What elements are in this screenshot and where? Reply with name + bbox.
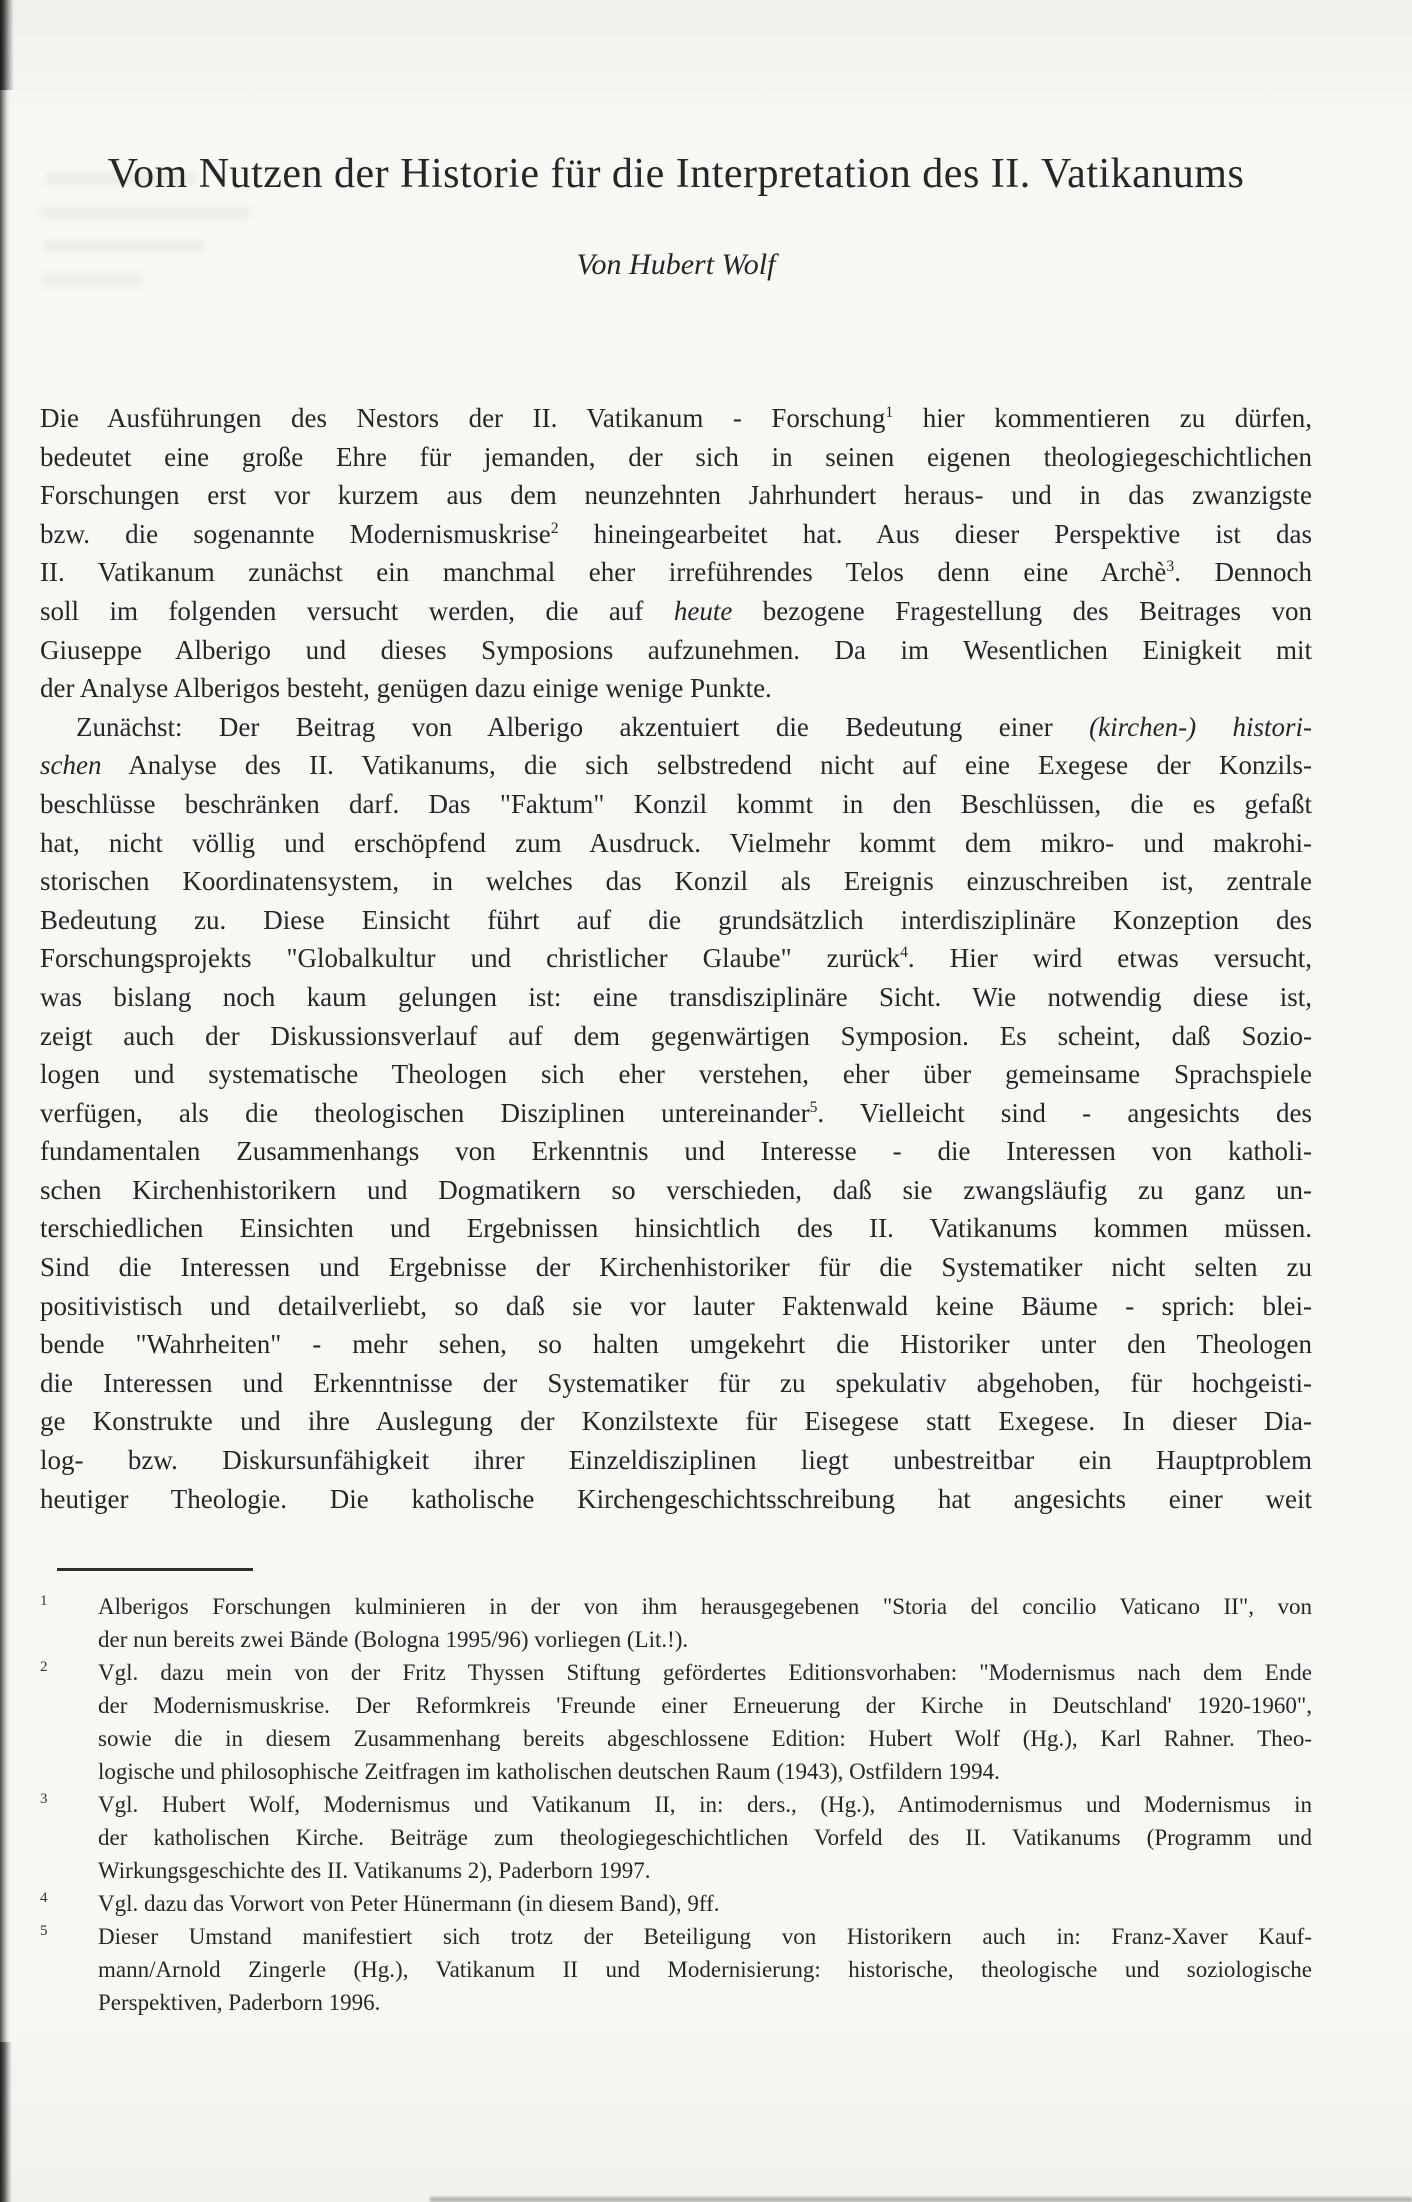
footnote-separator [57, 1568, 253, 1571]
body-text-line: der Analyse Alberigos besteht, genügen d… [40, 669, 1312, 708]
footnote-text: Vgl. dazu mein von der Fritz Thyssen Sti… [98, 1656, 1312, 1788]
body-text-line: terschiedlichen Einsichten und Ergebniss… [40, 1209, 1312, 1248]
article-title: Vom Nutzen der Historie für die Interpre… [40, 150, 1312, 198]
footnote-text-line: Vgl. Hubert Wolf, Modernismus und Vatika… [98, 1788, 1312, 1821]
footnote-text-line: Alberigos Forschungen kulminieren in der… [98, 1590, 1312, 1623]
body-text-line: heutiger Theologie. Die katholische Kirc… [40, 1480, 1312, 1519]
body-text-line: schen Analyse des II. Vatikanums, die si… [40, 746, 1312, 785]
paragraph: Die Ausführungen des Nestors der II. Vat… [40, 399, 1312, 708]
footnote-text-line: logische und philosophische Zeitfragen i… [98, 1755, 1312, 1788]
footnote: 1Alberigos Forschungen kulminieren in de… [40, 1590, 1312, 1656]
footnote-text-line: Vgl. dazu mein von der Fritz Thyssen Sti… [98, 1656, 1312, 1689]
body-text-line: Giuseppe Alberigo und dieses Symposions … [40, 631, 1312, 670]
body-text-line: zeigt auch der Diskussionsverlauf auf de… [40, 1017, 1312, 1056]
body-text-line: hat, nicht völlig und erschöpfend zum Au… [40, 824, 1312, 863]
footnote-reference-marker: 4 [900, 944, 908, 961]
body-text-line: Forschungsprojekts "Globalkultur und chr… [40, 939, 1312, 978]
body-text-line: ge Konstrukte und ihre Auslegung der Kon… [40, 1402, 1312, 1441]
footnote-number: 2 [40, 1656, 98, 1676]
body-text-line: die Interessen und Erkenntnisse der Syst… [40, 1364, 1312, 1403]
article-byline: Von Hubert Wolf [40, 248, 1312, 282]
footnote-text-line: Perspektiven, Paderborn 1996. [98, 1986, 1312, 2019]
footnote-text-line: Vgl. dazu das Vorwort von Peter Hünerman… [98, 1887, 1312, 1920]
footnote: 3Vgl. Hubert Wolf, Modernismus und Vatik… [40, 1788, 1312, 1887]
scan-gutter-shadow-bottom [0, 2042, 12, 2202]
body-text-line: Forschungen erst vor kurzem aus dem neun… [40, 476, 1312, 515]
body-text-line: fundamentalen Zusammenhangs von Erkenntn… [40, 1132, 1312, 1171]
footnote-text-line: sowie die in diesem Zusammenhang bereits… [98, 1722, 1312, 1755]
body-text-line: Bedeutung zu. Diese Einsicht führt auf d… [40, 901, 1312, 940]
footnote-number: 3 [40, 1788, 98, 1808]
footnote-number: 1 [40, 1590, 98, 1610]
footnote-reference-marker: 2 [551, 520, 559, 537]
footnote-text: Dieser Umstand manifestiert sich trotz d… [98, 1920, 1312, 2019]
body-text-line: storischen Koordinatensystem, in welches… [40, 862, 1312, 901]
footnote-text-line: Wirkungsgeschichte des II. Vatikanums 2)… [98, 1854, 1312, 1887]
footnote: 2Vgl. dazu mein von der Fritz Thyssen St… [40, 1656, 1312, 1788]
footnote: 5Dieser Umstand manifestiert sich trotz … [40, 1920, 1312, 2019]
footnote-number: 4 [40, 1887, 98, 1907]
scan-gutter-shadow [0, 0, 10, 2202]
body-text-line: Die Ausführungen des Nestors der II. Vat… [40, 399, 1312, 438]
body-text-line: bende "Wahrheiten" - mehr sehen, so halt… [40, 1325, 1312, 1364]
footnotes-block: 1Alberigos Forschungen kulminieren in de… [40, 1590, 1312, 2019]
scan-bottom-edge-artifact [430, 2197, 1412, 2202]
body-text-line: soll im folgenden versucht werden, die a… [40, 592, 1312, 631]
body-text-line: was bislang noch kaum gelungen ist: eine… [40, 978, 1312, 1017]
body-text-line: schen Kirchenhistorikern und Dogmatikern… [40, 1171, 1312, 1210]
body-text-line: Sind die Interessen und Ergebnisse der K… [40, 1248, 1312, 1287]
bleed-through-artifact [40, 206, 250, 219]
body-text-line: log- bzw. Diskursunfähigkeit ihrer Einze… [40, 1441, 1312, 1480]
footnote-number: 5 [40, 1920, 98, 1940]
footnote-text: Alberigos Forschungen kulminieren in der… [98, 1590, 1312, 1656]
footnote-text-line: mann/Arnold Zingerle (Hg.), Vatikanum II… [98, 1953, 1312, 1986]
scanned-paper-page: Vom Nutzen der Historie für die Interpre… [0, 0, 1412, 2202]
footnote: 4Vgl. dazu das Vorwort von Peter Hünerma… [40, 1887, 1312, 1920]
body-text-line: II. Vatikanum zunächst ein manchmal eher… [40, 553, 1312, 592]
body-text-line: bzw. die sogenannte Modernismuskrise2 hi… [40, 515, 1312, 554]
body-text-line: beschlüsse beschränken darf. Das "Faktum… [40, 785, 1312, 824]
body-text-line: bedeutet eine große Ehre für jemanden, d… [40, 438, 1312, 477]
body-text-line: logen und systematische Theologen sich e… [40, 1055, 1312, 1094]
body-text-line: verfügen, als die theologischen Diszipli… [40, 1094, 1312, 1133]
paragraph: Zunächst: Der Beitrag von Alberigo akzen… [40, 708, 1312, 1518]
footnote-text-line: der nun bereits zwei Bände (Bologna 1995… [98, 1623, 1312, 1656]
body-text-line: Zunächst: Der Beitrag von Alberigo akzen… [40, 708, 1312, 747]
footnote-text-line: der katholischen Kirche. Beiträge zum th… [98, 1821, 1312, 1854]
footnote-text: Vgl. Hubert Wolf, Modernismus und Vatika… [98, 1788, 1312, 1887]
footnote-text: Vgl. dazu das Vorwort von Peter Hünerman… [98, 1887, 1312, 1920]
body-text-line: positivistisch und detailverliebt, so da… [40, 1287, 1312, 1326]
article-body: Die Ausführungen des Nestors der II. Vat… [40, 399, 1312, 1518]
footnote-text-line: der Modernismuskrise. Der Reformkreis 'F… [98, 1689, 1312, 1722]
footnote-text-line: Dieser Umstand manifestiert sich trotz d… [98, 1920, 1312, 1953]
scan-gutter-shadow-top [0, 0, 14, 90]
